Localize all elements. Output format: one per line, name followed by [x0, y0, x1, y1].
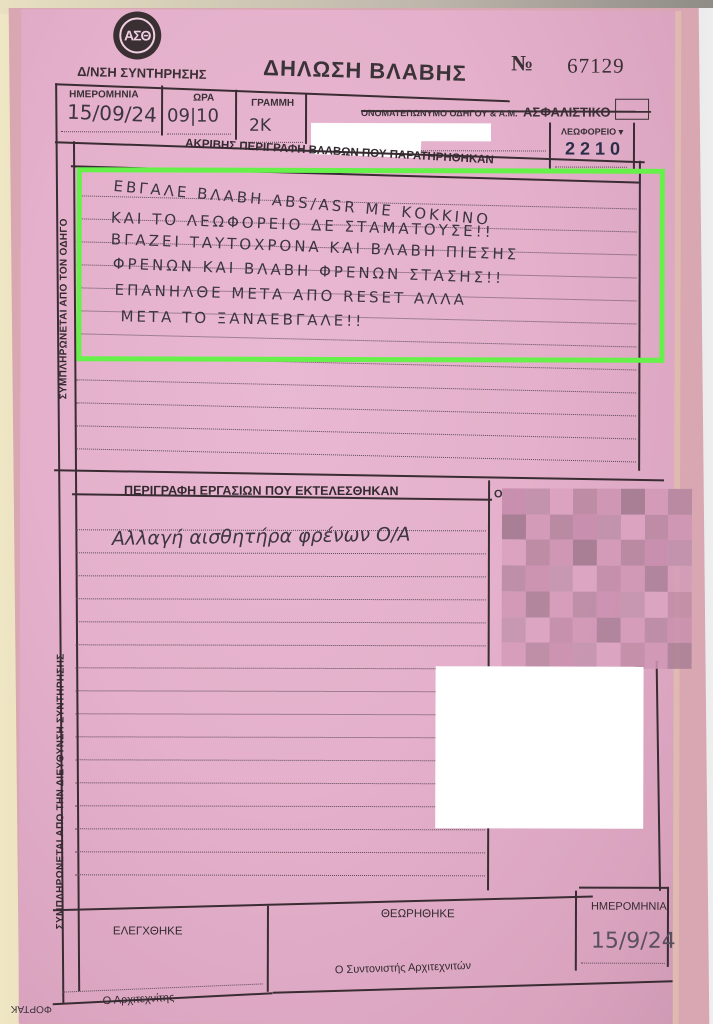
- date-label: ΗΜΕΡΟΜΗΝΙΑ: [69, 89, 138, 100]
- date-dotline: [61, 131, 159, 132]
- ruled-line: [76, 552, 486, 554]
- white-redaction: [435, 666, 643, 829]
- pixelated-redaction: [502, 488, 692, 668]
- ruled-line: [76, 425, 636, 439]
- number-sign: №: [511, 50, 533, 76]
- time-label: ΩΡΑ: [193, 93, 214, 104]
- ruled-line: [75, 828, 485, 830]
- signature-date-dotline: [581, 963, 665, 964]
- bus-dotline: [555, 167, 627, 168]
- ruled-line: [76, 690, 486, 692]
- line-value[interactable]: 2K: [249, 116, 271, 136]
- checked-label: ΕΛΕΓΧΘΗΚΕ: [113, 925, 183, 937]
- form-number: 67129: [567, 54, 625, 79]
- ruled-line: [76, 667, 486, 669]
- date-value[interactable]: 15/09/24: [67, 100, 158, 127]
- ruled-line: [76, 379, 636, 393]
- organization-logo: ΑΣΘ: [113, 11, 161, 59]
- rule: [633, 123, 635, 173]
- work-line-1[interactable]: Αλλαγή αισθητήρα φρένων Ο/Α: [112, 524, 411, 550]
- rule: [549, 123, 551, 173]
- ruled-line: [76, 598, 486, 600]
- highlight-box: [76, 167, 665, 363]
- ruled-line: [75, 874, 485, 876]
- ruled-line: [76, 644, 486, 646]
- rule: [53, 896, 593, 911]
- checked-by: Ο Αρχιτεχνίτης: [102, 992, 174, 1008]
- rule: [656, 661, 661, 891]
- rule: [579, 887, 669, 889]
- footer-code: ΦΟΡΤΑΚ: [11, 1003, 52, 1014]
- driver-label: ΟΝΟΜΑΤΕΠΩΝΥΜΟ ΟΔΗΓΟΥ & Α.Μ.: [361, 108, 518, 118]
- ruled-line: [76, 575, 486, 577]
- rule: [575, 891, 577, 971]
- line-label: ΓΡΑΜΜΗ: [251, 98, 294, 109]
- rule: [235, 90, 237, 140]
- damage-report-form: ΑΣΘ Δ/ΝΣΗ ΣΥΝΤΗΡΗΣΗΣ ΔΗΛΩΣΗ ΒΛΑΒΗΣ № 671…: [19, 9, 682, 1024]
- bus-number: 2210: [565, 139, 625, 160]
- ruled-line: [75, 713, 485, 715]
- ruled-line: [76, 402, 636, 416]
- bus-label-text: ΛΕΩΦΟΡΕΙΟ: [561, 127, 616, 137]
- work-heading: ΠΕΡΙΓΡΑΦΗ ΕΡΓΑΣΙΩΝ ΠΟΥ ΕΚΤΕΛΕΣΘΗΚΑΝ: [124, 483, 399, 498]
- reviewed-by: Ο Συντονιστής Αρχιτεχνιτών: [335, 960, 472, 976]
- rule: [273, 980, 673, 993]
- rule: [667, 887, 669, 967]
- ruled-line: [76, 621, 486, 623]
- signature-date-value[interactable]: 15/9/24: [591, 929, 676, 954]
- insurance-checkbox[interactable]: [615, 99, 649, 120]
- rule: [54, 469, 664, 481]
- maintenance-section-label: ΣΥΜΠΛΗΡΩΝΕΤΑΙ ΑΠΟ ΤΗΝ ΔΙΕΥΘΥΝΣΗ ΣΥΝΤΗΡΗΣ…: [55, 654, 67, 930]
- rule: [305, 94, 307, 144]
- time-value[interactable]: 09|10: [167, 106, 219, 127]
- rule: [267, 906, 269, 992]
- ruled-line: [75, 759, 485, 761]
- bus-label: ΛΕΩΦΟΡΕΙΟ ▾: [561, 127, 623, 138]
- reviewed-label: ΘΕΩΡΗΘΗΚΕ: [381, 908, 455, 920]
- signature-date-label: ΗΜΕΡΟΜΗΝΙΑ: [591, 901, 667, 913]
- department-name: Δ/ΝΣΗ ΣΥΝΤΗΡΗΣΗΣ: [77, 64, 207, 82]
- form-title: ΔΗΛΩΣΗ ΒΛΑΒΗΣ: [263, 55, 467, 87]
- rule: [161, 86, 163, 136]
- time-dotline: [167, 134, 231, 135]
- logo-mark: ΑΣΘ: [119, 17, 155, 53]
- ruled-line: [75, 851, 485, 853]
- ruled-line: [76, 448, 636, 462]
- ruled-line: [75, 805, 485, 807]
- ruled-line: [75, 736, 485, 738]
- driver-section-label: ΣΥΜΠΛΗΡΩΝΕΤΑΙ ΑΠΟ ΤΟΝ ΟΔΗΓΟ: [58, 218, 69, 399]
- ruled-line: [75, 782, 485, 784]
